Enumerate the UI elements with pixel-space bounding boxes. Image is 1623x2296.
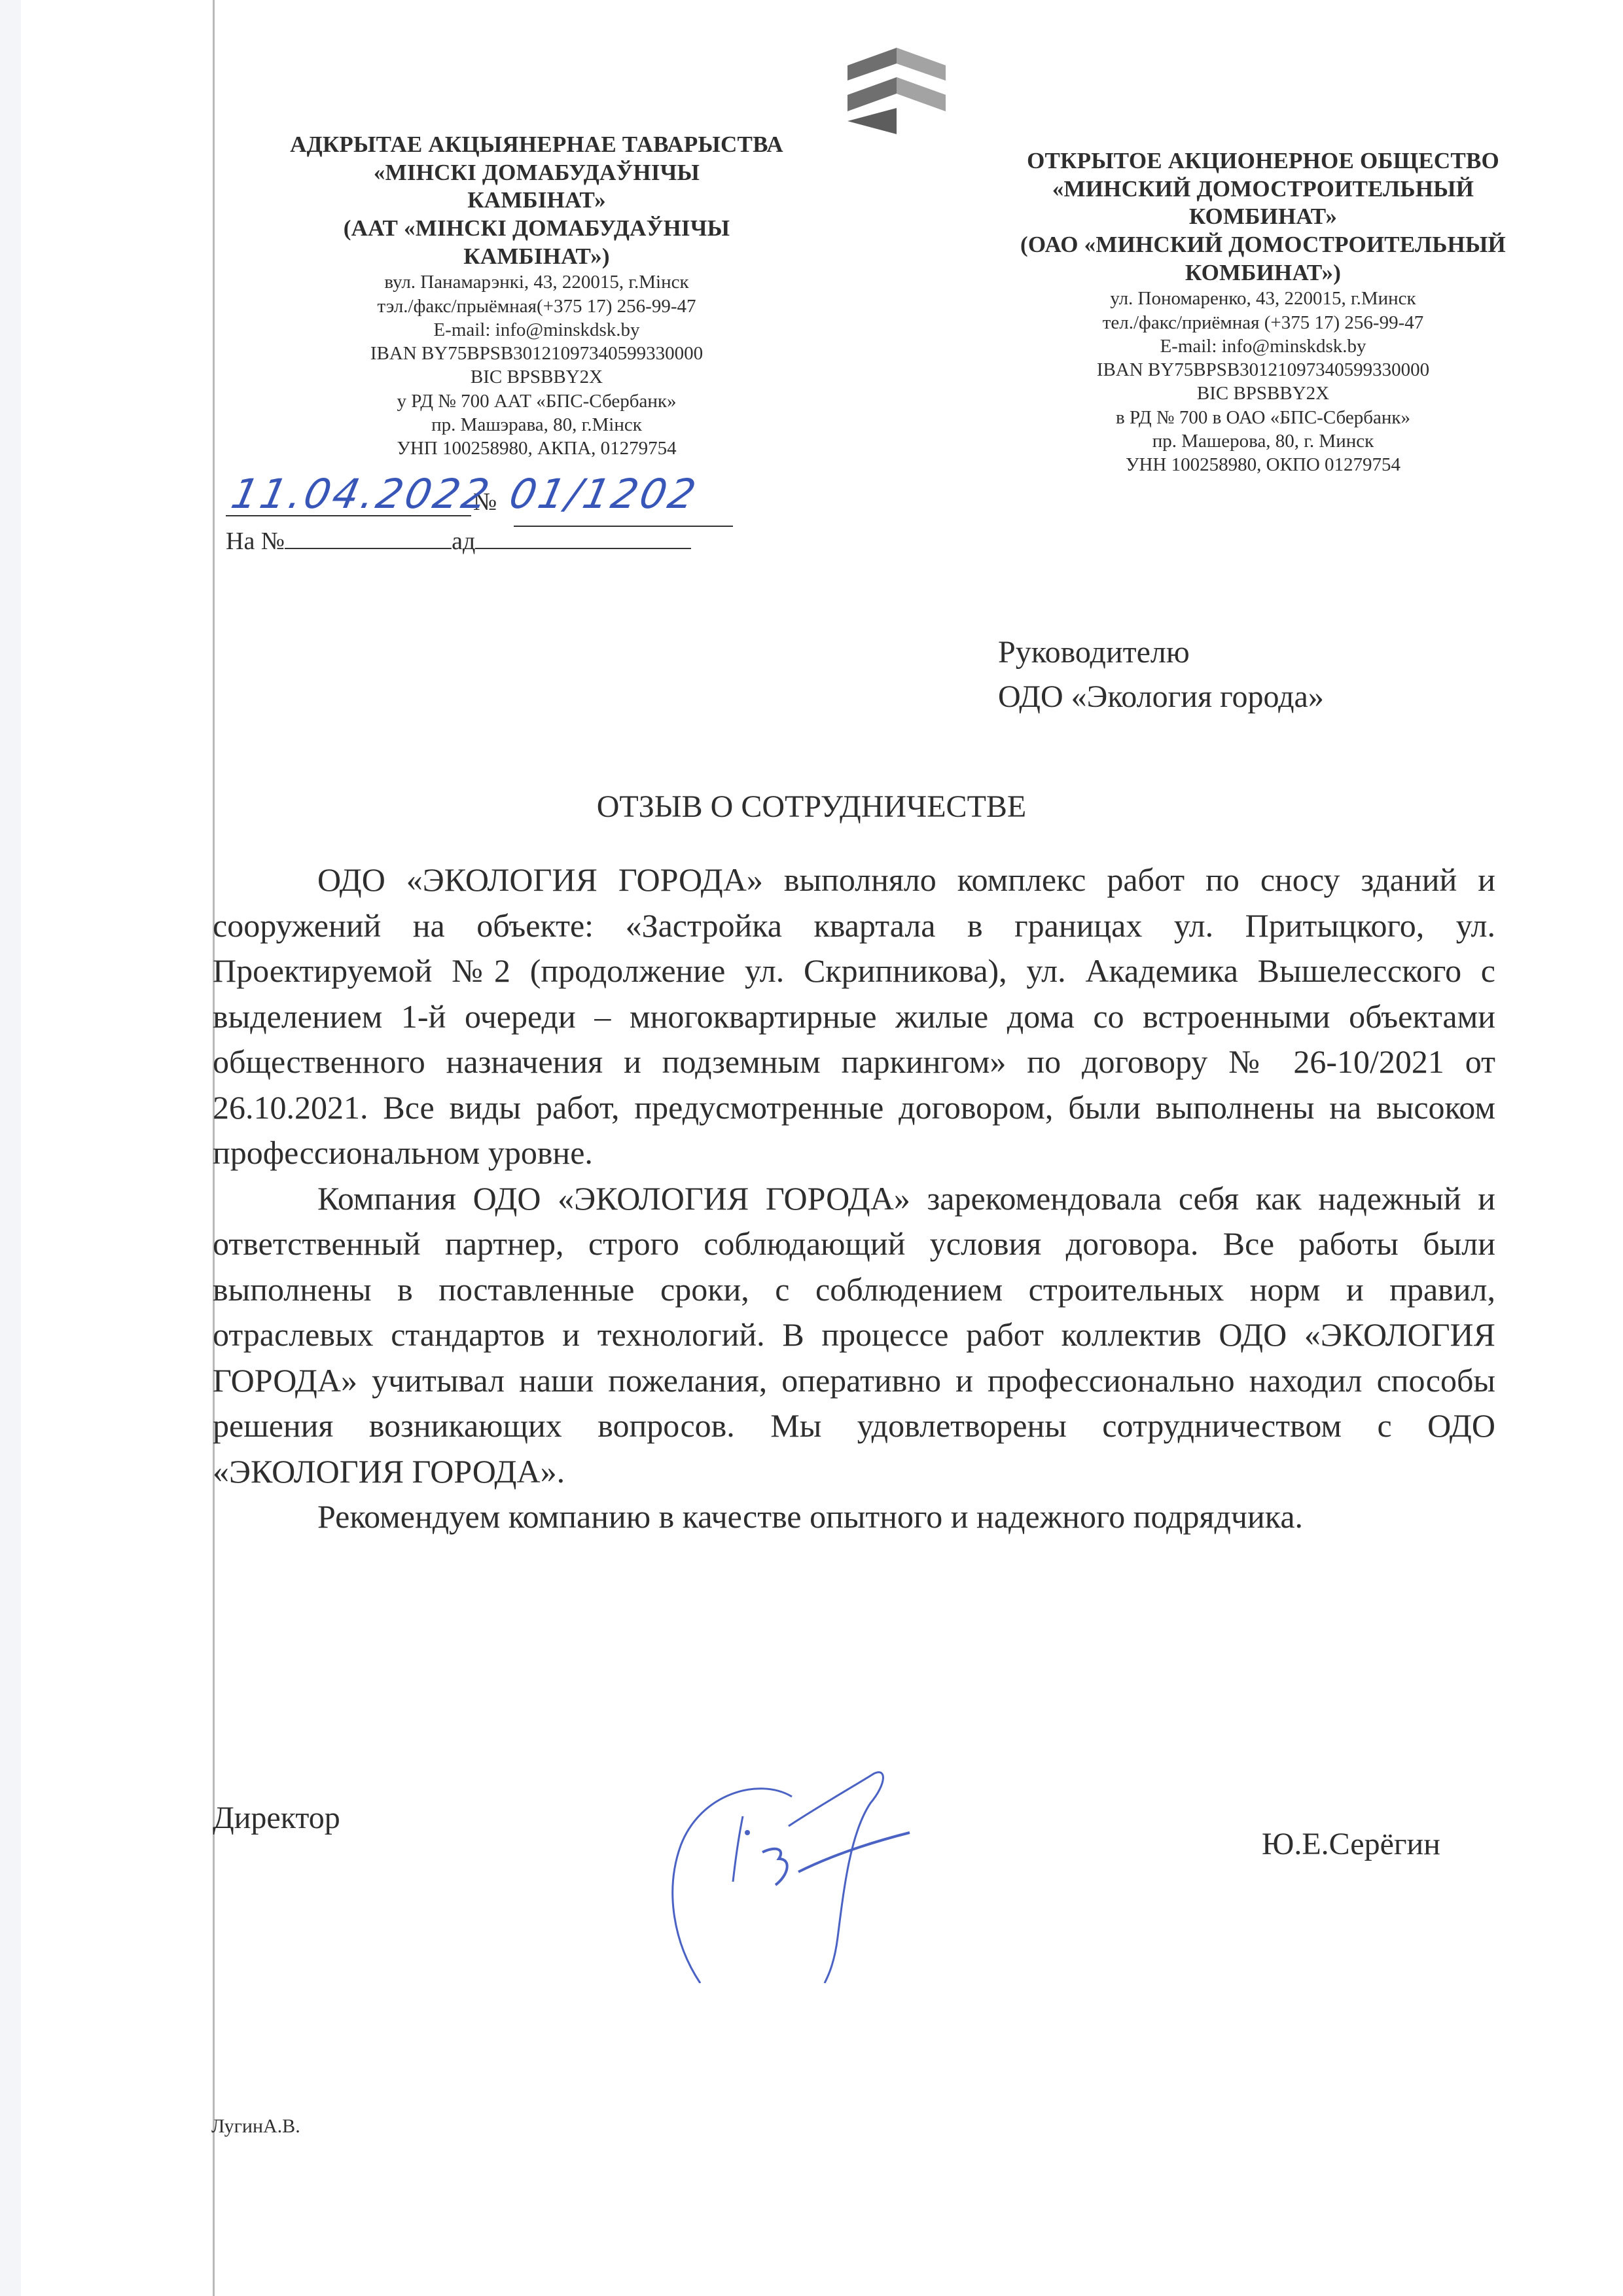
reply-reference-line: На №ад <box>226 527 691 556</box>
org-name-line: КОМБИНАТ» <box>975 203 1551 231</box>
tax-id-line: УНП 100258980, АКПА, 01279754 <box>249 437 825 460</box>
building-chevrons-logo-icon <box>841 36 952 134</box>
addressee-block: Руководителю ОДО «Экология города» <box>998 630 1324 719</box>
from-label: ад <box>452 528 475 555</box>
email-line: E-mail: info@minskdsk.by <box>249 318 825 342</box>
signatory-name: Ю.Е.Серёгин <box>1262 1826 1440 1862</box>
addressee-position: Руководителю <box>998 630 1324 675</box>
org-name-line: «МІНСКІ ДОМАБУДАЎНІЧЫ <box>249 159 825 187</box>
bic-line: BIC BPSBBY2X <box>249 365 825 389</box>
address-line: вул. Панамарэнкі, 43, 220015, г.Мінск <box>249 270 825 294</box>
signatory-position: Директор <box>213 1800 340 1836</box>
letter-body: ОДО «ЭКОЛОГИЯ ГОРОДА» выполняло комплекс… <box>213 857 1495 1540</box>
org-name-line: «МИНСКИЙ ДОМОСТРОИТЕЛЬНЫЙ <box>975 175 1551 204</box>
addressee-organization: ОДО «Экология города» <box>998 675 1324 719</box>
org-name-line: (ААТ «МІНСКІ ДОМАБУДАЎНІЧЫ <box>249 215 825 243</box>
org-name-line: КОМБИНАТ») <box>975 259 1551 287</box>
email-line: E-mail: info@minskdsk.by <box>975 334 1551 358</box>
bank-line: у РД № 700 ААТ «БПС-Сбербанк» <box>249 389 825 413</box>
phone-line: тел./факс/приёмная (+375 17) 256-99-47 <box>975 311 1551 334</box>
org-name-line: (ОАО «МИНСКИЙ ДОМОСТРОИТЕЛЬНЫЙ <box>975 231 1551 259</box>
bic-line: BIC BPSBBY2X <box>975 382 1551 405</box>
letterhead-russian: ОТКРЫТОЕ АКЦИОНЕРНОЕ ОБЩЕСТВО «МИНСКИЙ Д… <box>975 147 1551 476</box>
handwritten-number: 01/1202 <box>505 470 702 518</box>
body-paragraph: Компания ОДО «ЭКОЛОГИЯ ГОРОДА» зарекомен… <box>213 1176 1495 1495</box>
org-name-line: КАМБІНАТ» <box>249 187 825 215</box>
iban-line: IBAN BY75BPSB30121097340599330000 <box>249 342 825 365</box>
document-title: ОТЗЫВ О СОТРУДНИЧЕСТВЕ <box>0 789 1623 825</box>
handwritten-signature-icon <box>628 1767 969 1983</box>
body-paragraph: ОДО «ЭКОЛОГИЯ ГОРОДА» выполняло комплекс… <box>213 857 1495 1176</box>
body-paragraph: Рекомендуем компанию в качестве опытного… <box>213 1494 1495 1540</box>
address-line: ул. Пономаренко, 43, 220015, г.Минск <box>975 287 1551 310</box>
bank-line: в РД № 700 в ОАО «БПС-Сбербанк» <box>975 406 1551 429</box>
org-name-line: КАМБІНАТ») <box>249 243 825 271</box>
executor-name: ЛугинА.В. <box>211 2115 300 2138</box>
scan-edge <box>0 0 21 2296</box>
tax-id-line: УНН 100258980, ОКПО 01279754 <box>975 453 1551 476</box>
letterhead-belarusian: АДКРЫТАЕ АКЦЫЯНЕРНАЕ ТАВАРЫСТВА «МІНСКІ … <box>249 131 825 460</box>
reply-date-blank <box>475 528 691 549</box>
reply-to-label: На № <box>226 528 285 555</box>
bank-address-line: пр. Машэрава, 80, г.Мінск <box>249 413 825 437</box>
phone-line: тэл./факс/прыёмная(+375 17) 256-99-47 <box>249 295 825 318</box>
org-name-line: ОТКРЫТОЕ АКЦИОНЕРНОЕ ОБЩЕСТВО <box>975 147 1551 175</box>
bank-address-line: пр. Машерова, 80, г. Минск <box>975 429 1551 453</box>
iban-line: IBAN BY75BPSB30121097340599330000 <box>975 358 1551 382</box>
handwritten-date: 11.04.2022 <box>227 470 496 518</box>
reply-number-blank <box>285 528 452 549</box>
org-name-line: АДКРЫТАЕ АКЦЫЯНЕРНАЕ ТАВАРЫСТВА <box>249 131 825 159</box>
